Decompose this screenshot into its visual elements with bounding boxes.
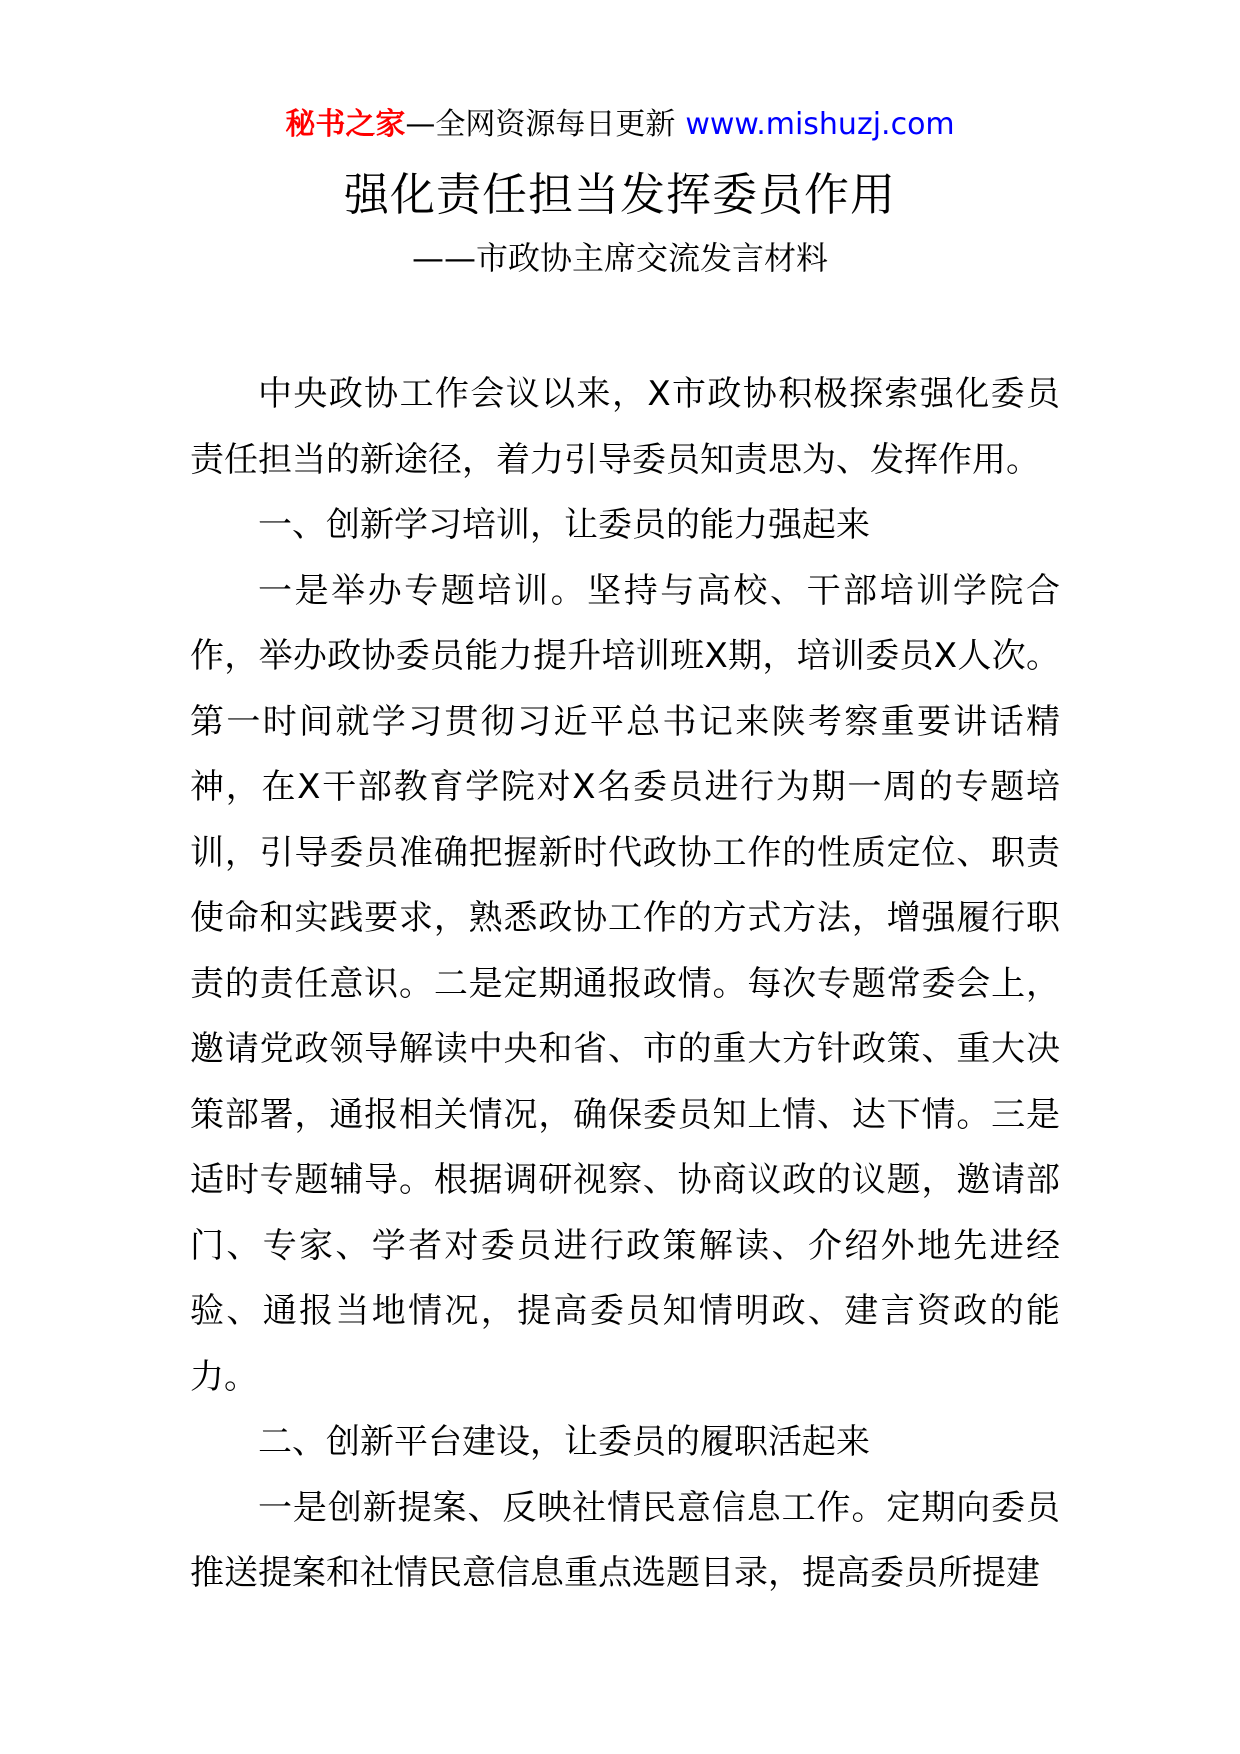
section-1-paragraph: 一是举办专题培训。坚持与高校、干部培训学院合作，举办政协委员能力提升培训班X期，…: [190, 559, 1060, 1411]
section-2-paragraph: 一是创新提案、反映社情民意信息工作。定期向委员推送提案和社情民意信息重点选题目录…: [190, 1476, 1060, 1607]
site-banner: 秘书之家—全网资源每日更新www.mishuzj.com: [0, 103, 1240, 147]
brand-name: 秘书之家: [285, 107, 405, 142]
banner-slogan: —全网资源每日更新: [405, 107, 675, 142]
intro-paragraph: 中央政协工作会议以来，X市政协积极探索强化委员责任担当的新途径，着力引导委员知责…: [190, 362, 1060, 493]
site-url-link[interactable]: www.mishuzj.com: [685, 107, 954, 142]
document-subtitle: ——市政协主席交流发言材料: [0, 236, 1240, 280]
section-heading-1: 一、创新学习培训，让委员的能力强起来: [190, 493, 1060, 559]
document-title: 强化责任担当发挥委员作用: [0, 165, 1240, 225]
document-body: 中央政协工作会议以来，X市政协积极探索强化委员责任担当的新途径，着力引导委员知责…: [190, 362, 1060, 1607]
document-page: 秘书之家—全网资源每日更新www.mishuzj.com 强化责任担当发挥委员作…: [0, 0, 1240, 1754]
section-heading-2: 二、创新平台建设，让委员的履职活起来: [190, 1410, 1060, 1476]
